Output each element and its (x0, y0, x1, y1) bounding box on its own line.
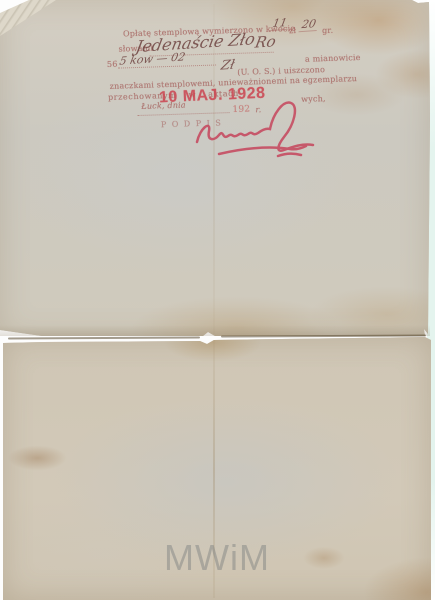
printed-a-mianowicie: a mianowicie (305, 53, 361, 64)
museum-watermark: MWiM (164, 537, 270, 579)
signature-ink (185, 96, 335, 164)
handwritten-line4: Zł (220, 58, 236, 74)
fold-tear-line (8, 336, 200, 339)
printed-zl-label: zł (289, 26, 296, 35)
handwritten-amount-words-tail: Ro (254, 32, 278, 51)
fold-tear-line (221, 334, 426, 337)
printed-paragraph-number: 56 (107, 60, 118, 69)
printed-gr-label: gr. (322, 26, 333, 35)
signature-strokes (197, 103, 313, 156)
handwritten-amount-gr: 20 (298, 17, 319, 32)
handwritten-amount-zl: 11 (269, 16, 290, 31)
scanned-document-photo: Opłatę stemplową wymierzono w kwocie 11 … (0, 0, 435, 600)
